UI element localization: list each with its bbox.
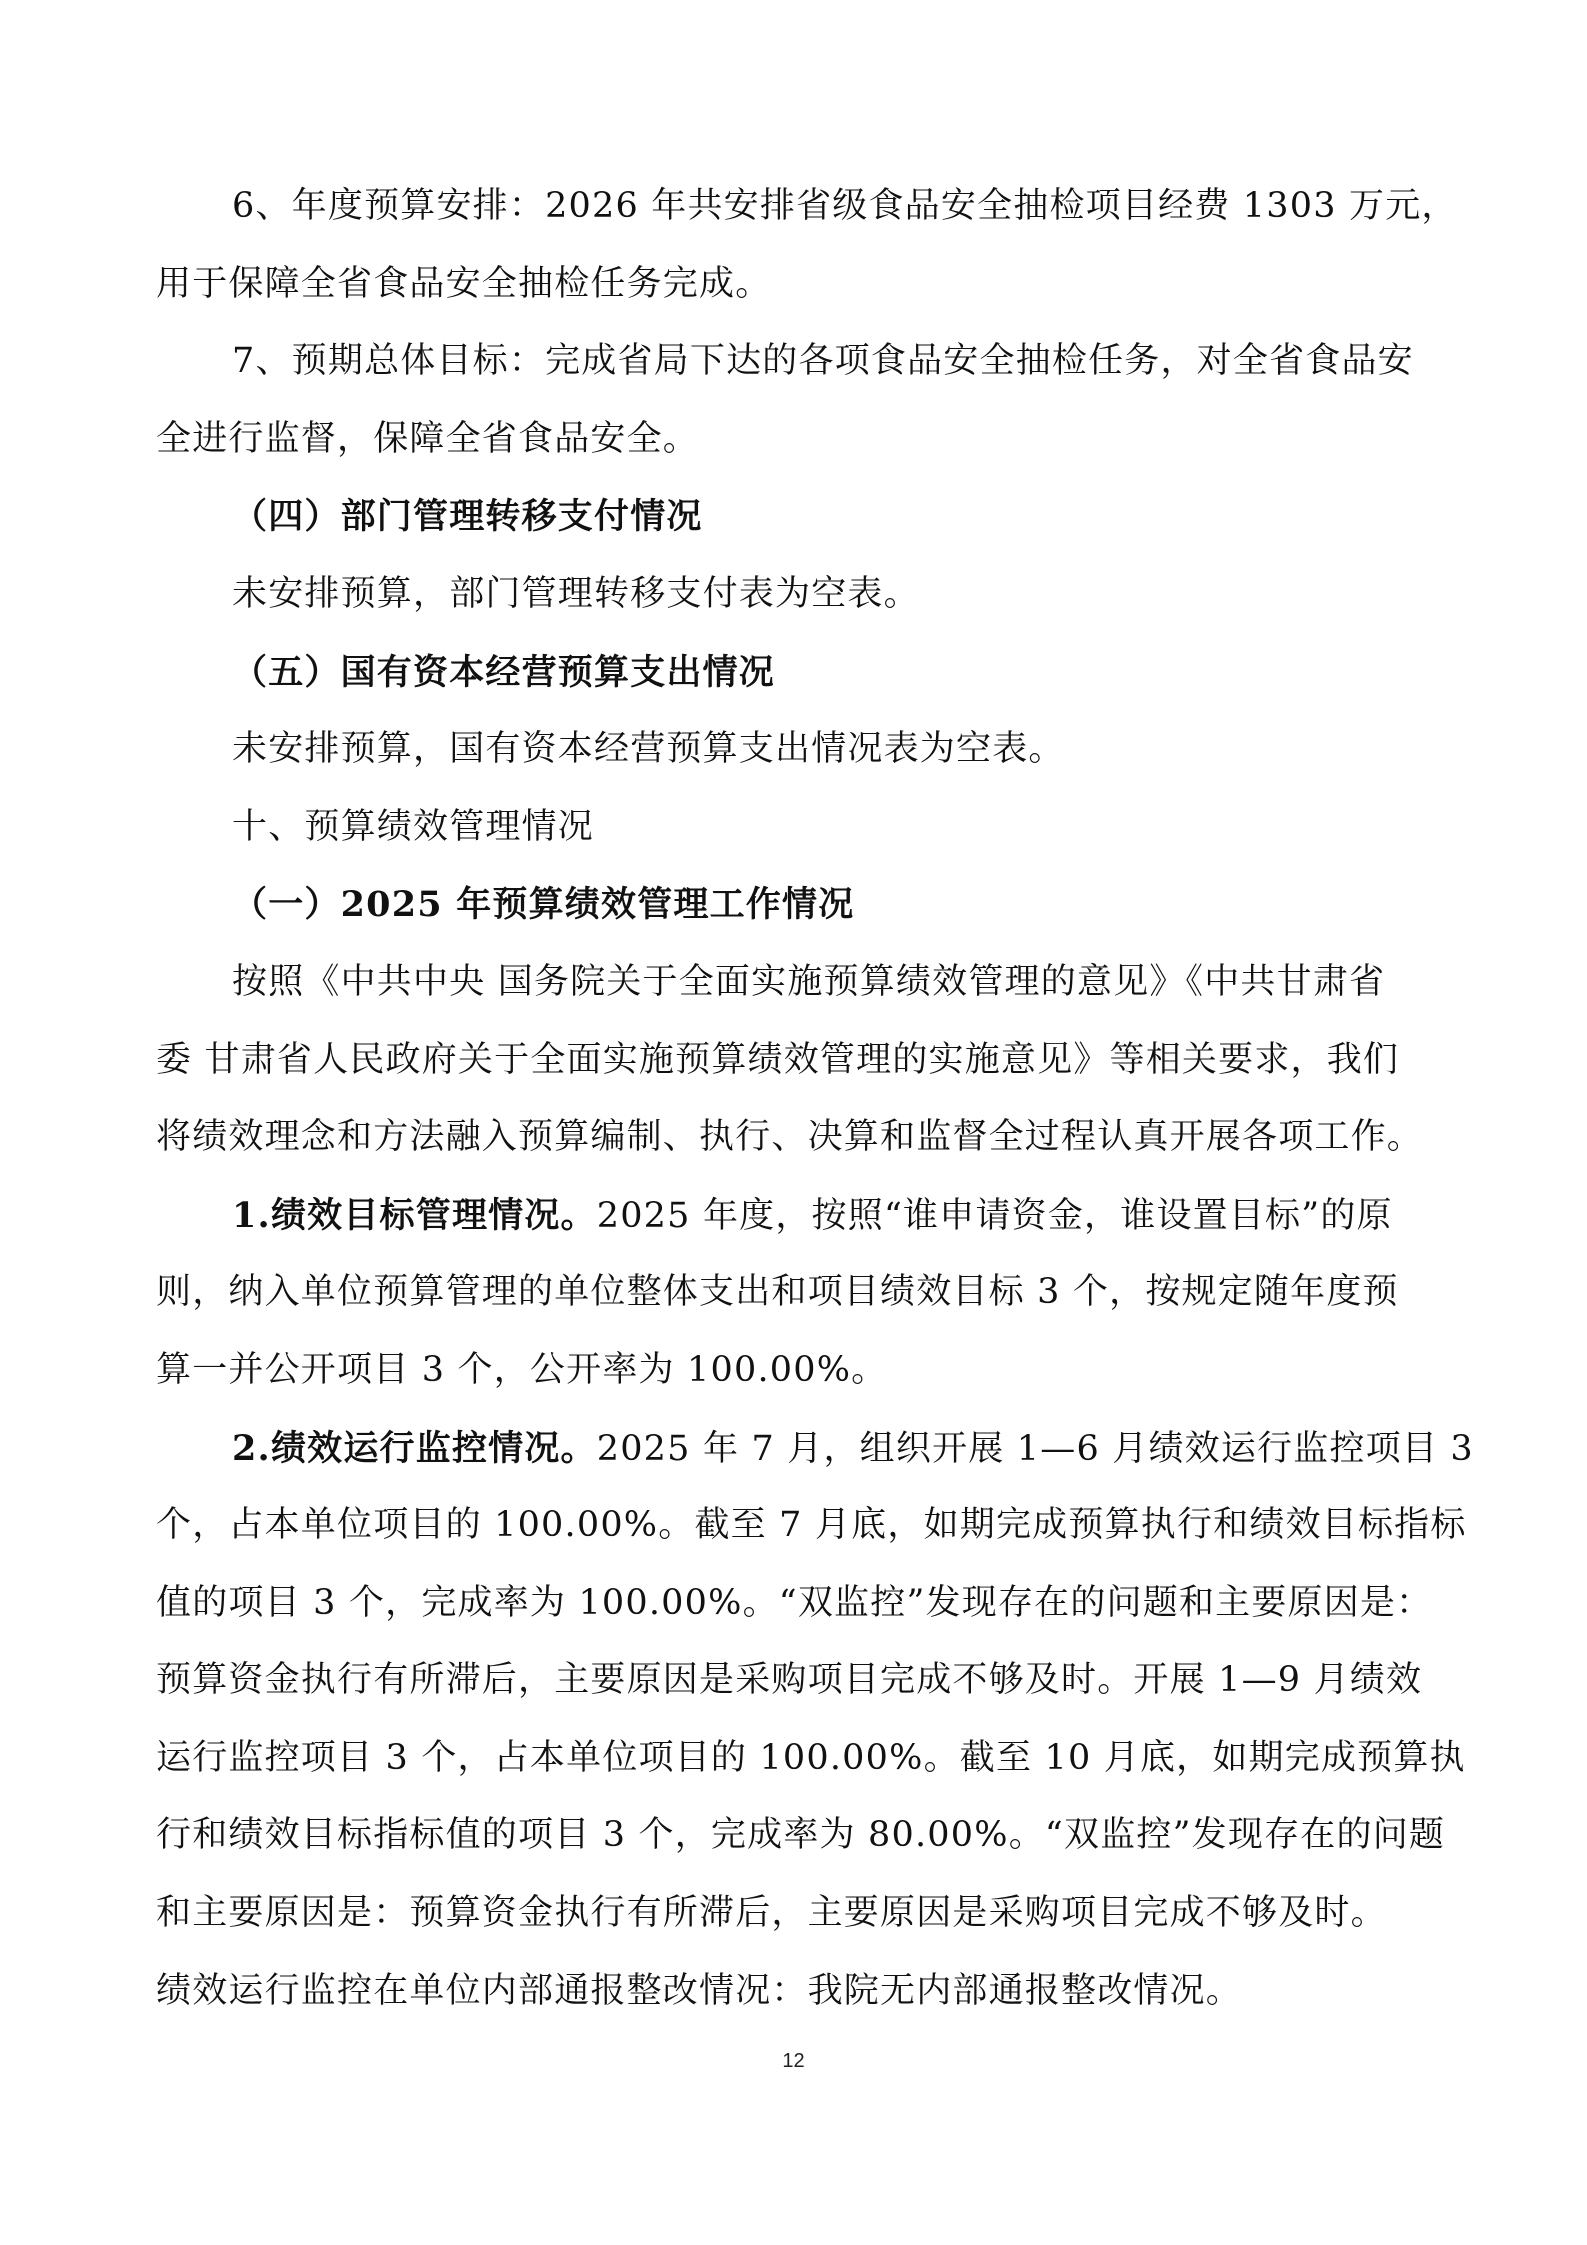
paragraph-text: 2025 年度，按照“谁申请资金，谁设置目标”的原 — [597, 1196, 1393, 1236]
section-heading: 十、预算绩效管理情况 — [156, 789, 1440, 867]
paragraph-line: 2.绩效运行监控情况。2025 年 7 月，组织开展 1—6 月绩效运行监控项目… — [156, 1410, 1440, 1488]
paragraph-line: 用于保障全省食品安全抽检任务完成。 — [156, 246, 1440, 324]
lead-in-heading: 1.绩效目标管理情况。 — [232, 1195, 597, 1236]
paragraph-line: 1.绩效目标管理情况。2025 年度，按照“谁申请资金，谁设置目标”的原 — [156, 1177, 1440, 1255]
paragraph-text: 2025 年 7 月，组织开展 1—6 月绩效运行监控项目 3 — [597, 1429, 1474, 1469]
paragraph-line: 7、预期总体目标：完成省局下达的各项食品安全抽检任务，对全省食品安 — [156, 323, 1440, 401]
paragraph-line: 全进行监督，保障全省食品安全。 — [156, 401, 1440, 479]
paragraph-line: 个，占本单位项目的 100.00%。截至 7 月底，如期完成预算执行和绩效目标指… — [156, 1487, 1440, 1565]
paragraph-line: 未安排预算，部门管理转移支付表为空表。 — [156, 556, 1440, 634]
paragraph-line: 和主要原因是：预算资金执行有所滞后，主要原因是采购项目完成不够及时。 — [156, 1875, 1440, 1953]
subsection-heading: （四）部门管理转移支付情况 — [156, 478, 1440, 556]
document-page: 6、年度预算安排：2026 年共安排省级食品安全抽检项目经费 1303 万元， … — [156, 168, 1440, 2030]
page-number: 12 — [0, 2050, 1587, 2073]
subsection-heading: （一）2025 年预算绩效管理工作情况 — [156, 866, 1440, 944]
paragraph-line: 6、年度预算安排：2026 年共安排省级食品安全抽检项目经费 1303 万元， — [156, 168, 1440, 246]
paragraph-line: 则，纳入单位预算管理的单位整体支出和项目绩效目标 3 个，按规定随年度预 — [156, 1254, 1440, 1332]
subsection-heading: （五）国有资本经营预算支出情况 — [156, 634, 1440, 712]
paragraph-line: 预算资金执行有所滞后，主要原因是采购项目完成不够及时。开展 1—9 月绩效 — [156, 1642, 1440, 1720]
lead-in-heading: 2.绩效运行监控情况。 — [232, 1428, 597, 1469]
paragraph-line: 行和绩效目标指标值的项目 3 个，完成率为 80.00%。“双监控”发现存在的问… — [156, 1797, 1440, 1875]
paragraph-line: 算一并公开项目 3 个，公开率为 100.00%。 — [156, 1332, 1440, 1410]
paragraph-line: 委 甘肃省人民政府关于全面实施预算绩效管理的实施意见》等相关要求，我们 — [156, 1022, 1440, 1100]
paragraph-line: 绩效运行监控在单位内部通报整改情况：我院无内部通报整改情况。 — [156, 1953, 1440, 2031]
paragraph-line: 将绩效理念和方法融入预算编制、执行、决算和监督全过程认真开展各项工作。 — [156, 1099, 1440, 1177]
paragraph-line: 值的项目 3 个，完成率为 100.00%。“双监控”发现存在的问题和主要原因是… — [156, 1565, 1440, 1643]
paragraph-line: 按照《中共中央 国务院关于全面实施预算绩效管理的意见》《中共甘肃省 — [156, 944, 1440, 1022]
paragraph-line: 未安排预算，国有资本经营预算支出情况表为空表。 — [156, 711, 1440, 789]
paragraph-line: 运行监控项目 3 个，占本单位项目的 100.00%。截至 10 月底，如期完成… — [156, 1720, 1440, 1798]
